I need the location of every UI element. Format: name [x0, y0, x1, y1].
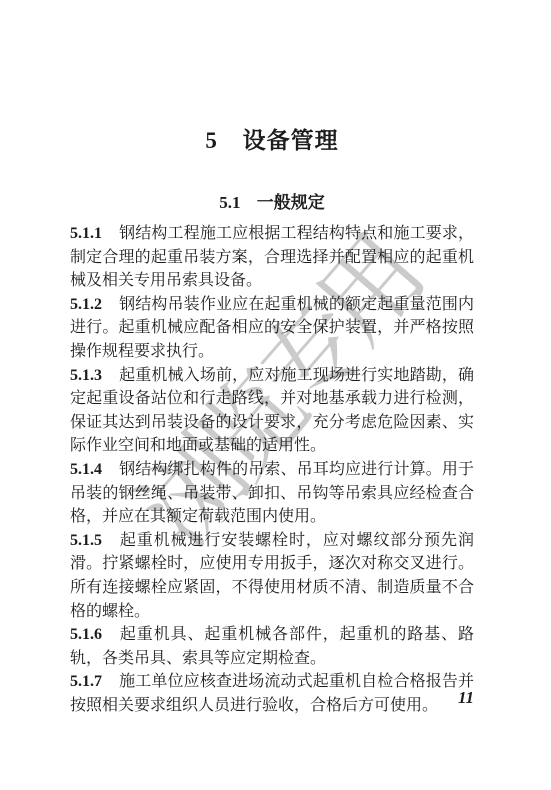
clause-number: 5.1.7: [70, 673, 102, 690]
clause-5-1-6: 5.1.6起重机具、起重机械各部件，起重机的路基、路轨，各类吊具、索具等应定期检…: [70, 623, 474, 670]
clause-5-1-7: 5.1.7施工单位应核查进场流动式起重机自检合格报告并按照相关要求组织人员进行验…: [70, 670, 474, 717]
clause-5-1-3: 5.1.3起重机械入场前，应对施工现场进行实地踏勘，确定起重设备站位和行走路线，…: [70, 364, 474, 458]
section-title: 一般规定: [257, 193, 325, 212]
chapter-title: 设备管理: [243, 128, 339, 153]
clause-text: 钢结构吊装作业应在起重机械的额定起重量范围内进行。起重机械应配备相应的安全保护装…: [70, 296, 474, 360]
clause-5-1-4: 5.1.4钢结构绑扎构件的吊索、吊耳均应进行计算。用于吊装的钢丝绳、吊装带、卸扣…: [70, 458, 474, 529]
clause-number: 5.1.2: [70, 296, 102, 313]
page-number: 11: [458, 688, 474, 708]
clause-text: 起重机械入场前，应对施工现场进行实地踏勘，确定起重设备站位和行走路线，并对地基承…: [70, 367, 474, 455]
chapter-heading: 5 设备管理: [70, 122, 474, 152]
clause-number: 5.1.3: [70, 367, 102, 384]
clause-5-1-5: 5.1.5起重机械进行安装螺栓时，应对螺纹部分预先润滑。拧紧螺栓时，应使用专用扳…: [70, 529, 474, 623]
clause-list: 5.1.1钢结构工程施工应根据工程结构特点和施工要求，制定合理的起重吊装方案，合…: [70, 222, 474, 717]
chapter-number: 5: [205, 128, 218, 153]
clause-5-1-2: 5.1.2钢结构吊装作业应在起重机械的额定起重量范围内进行。起重机械应配备相应的…: [70, 293, 474, 364]
clause-text: 施工单位应核查进场流动式起重机自检合格报告并按照相关要求组织人员进行验收，合格后…: [70, 673, 474, 714]
document-page: 浏览专用 5 设备管理 5.1 一般规定 5.1.1钢结构工程施工应根据工程结构…: [0, 0, 551, 790]
clause-text: 起重机械进行安装螺栓时，应对螺纹部分预先润滑。拧紧螺栓时，应使用专用扳手，逐次对…: [70, 532, 474, 620]
clause-text: 钢结构绑扎构件的吊索、吊耳均应进行计算。用于吊装的钢丝绳、吊装带、卸扣、吊钩等吊…: [70, 461, 474, 525]
clause-number: 5.1.5: [70, 532, 102, 549]
clause-number: 5.1.6: [70, 626, 102, 643]
clause-5-1-1: 5.1.1钢结构工程施工应根据工程结构特点和施工要求，制定合理的起重吊装方案，合…: [70, 222, 474, 293]
clause-number: 5.1.4: [70, 461, 102, 478]
clause-text: 钢结构工程施工应根据工程结构特点和施工要求，制定合理的起重吊装方案，合理选择并配…: [70, 225, 474, 289]
section-number: 5.1: [219, 193, 240, 212]
clause-number: 5.1.1: [70, 225, 102, 242]
section-heading: 5.1 一般规定: [70, 188, 474, 210]
clause-text: 起重机具、起重机械各部件，起重机的路基、路轨，各类吊具、索具等应定期检查。: [70, 626, 474, 667]
page-content: 5 设备管理 5.1 一般规定 5.1.1钢结构工程施工应根据工程结构特点和施工…: [70, 0, 474, 717]
